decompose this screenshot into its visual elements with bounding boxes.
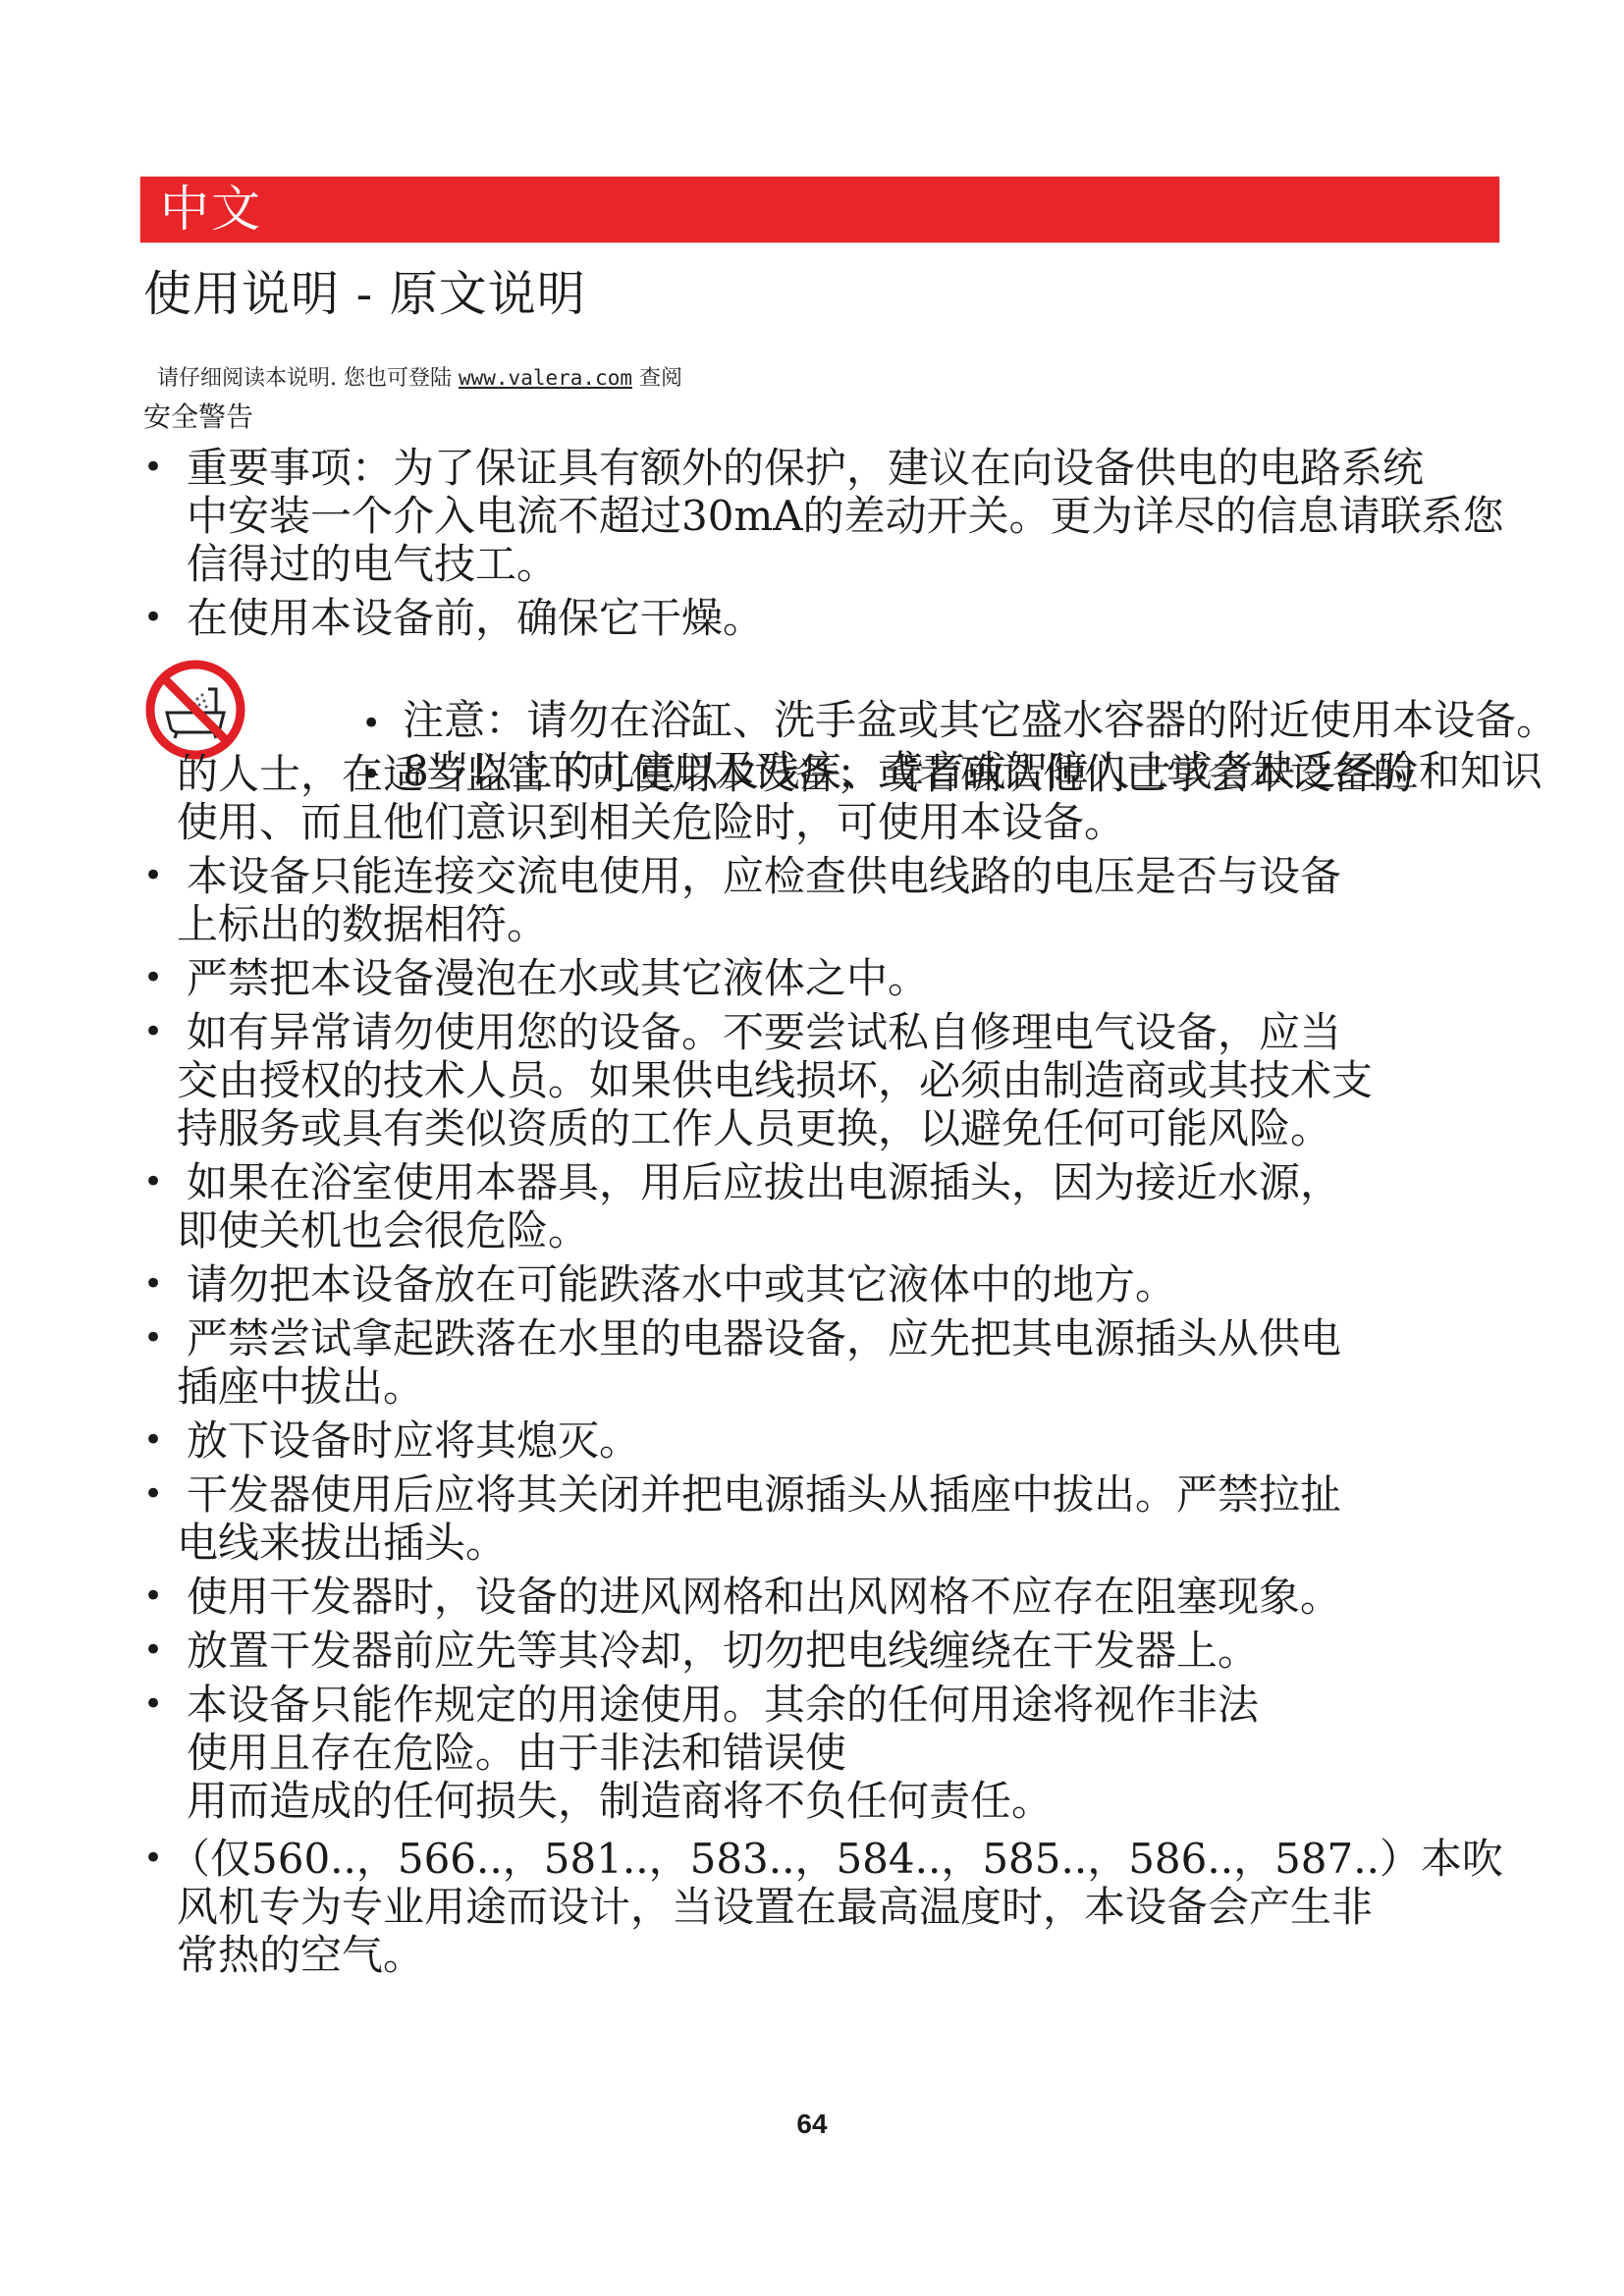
page-subtitle: 请仔细阅读本说明. 您也可登陆 www.valera.com 查阅 [143,337,682,393]
warning-item-air-grilles: • 使用干发器时，设备的进风网格和出风网格不应存在阻塞现象。 [143,1573,1518,1621]
warning-line: 使用、而且他们意识到相关危险时，可使用本设备。 [143,798,1518,846]
bullet-icon: • [143,594,173,642]
warning-line: 即使关机也会很危险。 [143,1206,1518,1255]
warning-line: 严禁把本设备漫泡在水或其它液体之中。 [143,954,1518,1002]
warning-line: 中安装一个介入电流不超过30mA的差动开关。更为详尽的信息请联系您 [143,492,1518,540]
bullet-icon: • [143,1008,173,1056]
warning-item-intended-use: • 本设备只能作规定的用途使用。其余的任何用途将视作非法 使用且存在危险。由于非… [143,1681,1518,1825]
bullet-icon: • [143,1681,173,1729]
warning-item-cool-down: • 放置干发器前应先等其冷却，切勿把电线缠绕在干发器上。 [143,1627,1518,1675]
warning-item-switch-off: • 放下设备时应将其熄灭。 [143,1416,1518,1465]
warning-line: 风机专为专业用途而设计，当设置在最高温度时，本设备会产生非 [143,1883,1518,1931]
warning-item-placement: • 请勿把本设备放在可能跌落水中或其它液体中的地方。 [143,1260,1518,1308]
warning-line: 交由授权的技术人员。如果供电线损坏，必须由制造商或其技术支 [143,1056,1518,1104]
warning-item-immersion: • 严禁把本设备漫泡在水或其它液体之中。 [143,954,1518,1002]
warning-line: 请勿把本设备放在可能跌落水中或其它液体中的地方。 [143,1260,1518,1308]
warning-line: 的人士，在适当监管下可使用本设备；或者确认他们已学会本设备的 [143,750,1518,798]
page-title: 使用说明 - 原文说明 [143,265,586,324]
warning-line: 本设备只能连接交流电使用，应检查供电线路的电压是否与设备 [143,852,1518,900]
warning-item-ac-only: • 本设备只能连接交流电使用，应检查供电线路的电压是否与设备 上标出的数据相符。 [143,852,1518,948]
bullet-icon: • [143,954,173,1002]
warning-line: 电线来拔出插头。 [143,1519,1518,1567]
warning-item-repair: • 如有异常请勿使用您的设备。不要尝试私自修理电气设备，应当 交由授权的技术人员… [143,1008,1518,1152]
warning-item-rcd: • 重要事项：为了保证具有额外的保护，建议在向设备供电的电路系统 中安装一个介入… [143,444,1518,588]
warning-item-dry: • 在使用本设备前，确保它干燥。 [143,594,1518,642]
warning-line: 重要事项：为了保证具有额外的保护，建议在向设备供电的电路系统 [143,444,1518,492]
bullet-icon: • [143,1416,173,1465]
warning-line: 如果在浴室使用本器具，用后应拔出电源插头，因为接近水源， [143,1158,1518,1206]
warning-line: 严禁尝试拿起跌落在水里的电器设备，应先把其电源插头从供电 [143,1314,1518,1362]
safety-warning-list: • 重要事项：为了保证具有额外的保护，建议在向设备供电的电路系统 中安装一个介入… [143,444,1518,1985]
no-bathtub-prohibition-icon [143,658,247,762]
page-number: 64 [0,2109,1624,2140]
warning-item-fallen-in-water: • 严禁尝试拿起跌落在水里的电器设备，应先把其电源插头从供电 插座中拔出。 [143,1314,1518,1411]
warning-line: 使用干发器时，设备的进风网格和出风网格不应存在阻塞现象。 [143,1573,1518,1621]
warning-item-bathroom: • 如果在浴室使用本器具，用后应拔出电源插头，因为接近水源， 即使关机也会很危险… [143,1158,1518,1255]
language-label: 中文 [160,181,262,238]
warning-line: 放下设备时应将其熄灭。 [143,1416,1518,1465]
bullet-icon: • [143,1835,173,1883]
bullet-icon: • [143,1158,173,1206]
warning-line: 使用且存在危险。由于非法和错误使 [143,1729,1518,1777]
subtitle-prefix: 请仔细阅读本说明. 您也可登陆 [157,366,459,391]
bullet-icon: • [143,1470,173,1519]
warning-line: 插座中拔出。 [143,1362,1518,1411]
subtitle-suffix: 查阅 [632,366,682,391]
warning-line: 持服务或具有类似资质的工作人员更换，以避免任何可能风险。 [143,1104,1518,1152]
warning-line: 如有异常请勿使用您的设备。不要尝试私自修理电气设备，应当 [143,1008,1518,1056]
bullet-icon: • [143,1573,173,1621]
warning-line: （仅560..，566..，581..，583..，584..，585..，58… [143,1835,1518,1883]
warning-line: 本设备只能作规定的用途使用。其余的任何用途将视作非法 [143,1681,1518,1729]
warning-line: 在使用本设备前，确保它干燥。 [143,594,1518,642]
warning-line: 干发器使用后应将其关闭并把电源插头从插座中拔出。严禁拉扯 [143,1470,1518,1519]
warning-block-bathtub: •注意：请勿在浴缸、洗手盆或其它盛水容器的附近使用本设备。 •8岁以上的儿童以及… [143,648,1518,750]
website-link[interactable]: www.valera.com [459,366,632,390]
warning-line: 常热的空气。 [143,1931,1518,1979]
warning-line: 信得过的电气技工。 [143,540,1518,588]
bullet-icon: • [143,444,173,492]
warning-line: 用而造成的任何损失，制造商将不负任何责任。 [143,1777,1518,1825]
bullet-icon: • [143,1314,173,1362]
bullet-icon: • [143,1627,173,1675]
warning-line: 放置干发器前应先等其冷却，切勿把电线缠绕在干发器上。 [143,1627,1518,1675]
bullet-icon: • [143,1260,173,1308]
warning-item-unplug: • 干发器使用后应将其关闭并把电源插头从插座中拔出。严禁拉扯 电线来拔出插头。 [143,1470,1518,1567]
bullet-icon: • [143,852,173,900]
section-heading-safety-warnings: 安全警告 [143,400,253,435]
warning-item-children-continued: 的人士，在适当监管下可使用本设备；或者确认他们已学会本设备的 使用、而且他们意识… [143,750,1518,846]
warning-line: 上标出的数据相符。 [143,900,1518,948]
language-header-bar: 中文 [140,177,1499,242]
warning-item-professional-models: • （仅560..，566..，581..，583..，584..，585..，… [143,1835,1518,1979]
